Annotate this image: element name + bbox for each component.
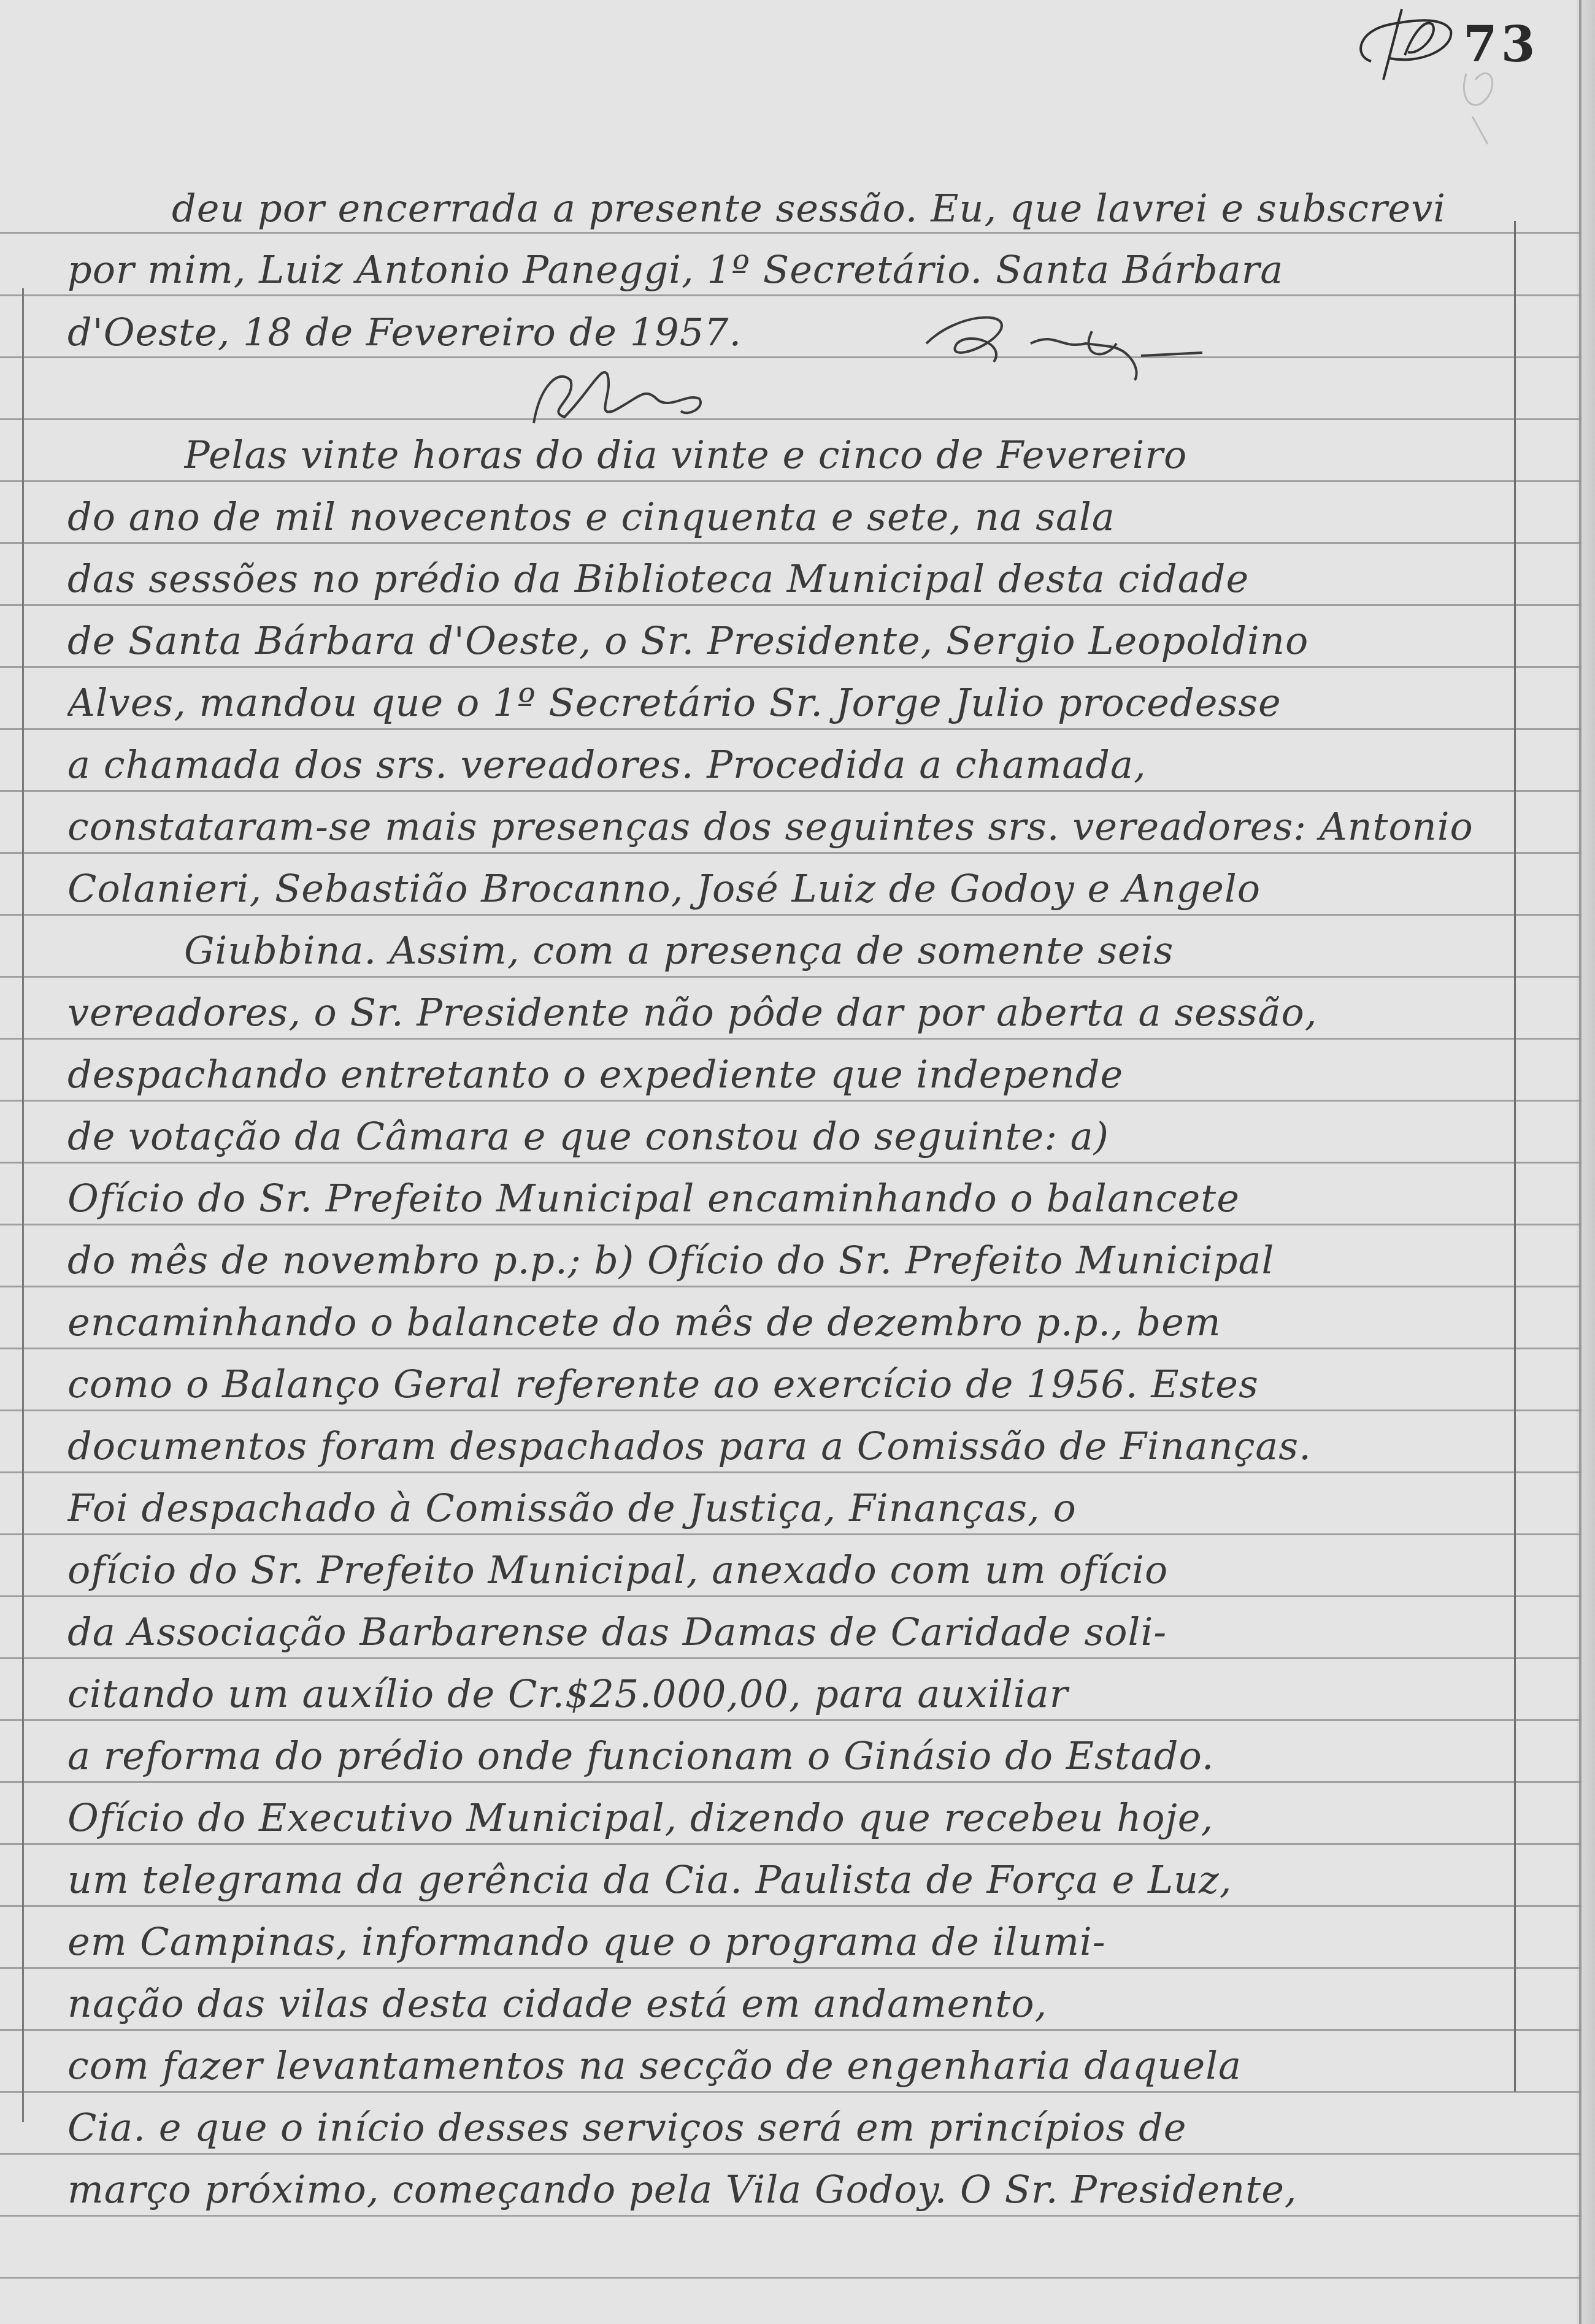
faint-pencil-mark-icon — [1454, 67, 1503, 147]
minutes-line: Ofício do Sr. Prefeito Municipal encamin… — [67, 1174, 1509, 1223]
ruled-line — [0, 976, 1582, 978]
ruled-line — [0, 1348, 1582, 1349]
ruled-line — [0, 1409, 1582, 1411]
ruled-line — [0, 1843, 1582, 1845]
ruled-line — [0, 1224, 1582, 1225]
ruled-line — [0, 1162, 1582, 1164]
folio-number: 73 — [1463, 15, 1539, 73]
minutes-line: como o Balanço Geral referente ao exercí… — [67, 1360, 1509, 1409]
ruled-line — [0, 1100, 1582, 1102]
ruled-line — [0, 1038, 1582, 1040]
ruled-line — [0, 728, 1582, 730]
ruled-line — [0, 852, 1582, 854]
ruled-line — [0, 1967, 1582, 1969]
minutes-line: Pelas vinte horas do dia vinte e cinco d… — [184, 431, 1509, 480]
minutes-line: citando um auxílio de Cr.$25.000,00, par… — [67, 1670, 1509, 1719]
minutes-line: vereadores, o Sr. Presidente não pôde da… — [67, 988, 1509, 1037]
minutes-line: Cia. e que o início desses serviços será… — [67, 2103, 1509, 2152]
ruled-line — [0, 1719, 1582, 1721]
minutes-line: março próximo, começando pela Vila Godoy… — [67, 2165, 1509, 2214]
ruled-line — [0, 294, 1582, 296]
minutes-line: um telegrama da gerência da Cia. Paulist… — [67, 1855, 1509, 1904]
ruled-line — [0, 790, 1582, 792]
ruled-line — [0, 2215, 1582, 2217]
minutes-line: com fazer levantamentos na secção de eng… — [67, 2041, 1509, 2090]
minutes-line: Foi despachado à Comissão de Justiça, Fi… — [67, 1484, 1509, 1533]
minutes-line: do mês de novembro p.p.; b) Ofício do Sr… — [67, 1236, 1509, 1285]
minutes-line: constataram-se mais presenças dos seguin… — [67, 802, 1509, 851]
rubric-initials-icon — [1347, 6, 1457, 86]
minutes-line: do ano de mil novecentos e cinquenta e s… — [67, 493, 1509, 542]
signature-alves — [521, 362, 724, 429]
right-margin-line — [1514, 221, 1516, 2092]
ruled-line — [0, 604, 1582, 606]
minutes-line: nação das vilas desta cidade está em and… — [67, 1979, 1509, 2028]
minutes-line: de votação da Câmara e que constou do se… — [67, 1112, 1509, 1161]
ruled-line — [0, 1471, 1582, 1473]
minutes-line: Ofício do Executivo Municipal, dizendo q… — [67, 1793, 1509, 1843]
closing-line: deu por encerrada a presente sessão. Eu,… — [172, 184, 1509, 233]
ruled-line — [0, 1905, 1582, 1907]
ruled-line — [0, 1781, 1582, 1783]
signature-paneggi — [908, 307, 1251, 386]
ruled-line — [0, 1533, 1582, 1535]
minutes-line: em Campinas, informando que o programa d… — [67, 1917, 1509, 1966]
left-margin-line — [22, 288, 24, 2122]
ruled-line — [0, 2277, 1582, 2279]
minutes-line: ofício do Sr. Prefeito Municipal, anexad… — [67, 1546, 1509, 1595]
ruled-line — [0, 480, 1582, 482]
minutes-line: a reforma do prédio onde funcionam o Gin… — [67, 1731, 1509, 1781]
ruled-line — [0, 418, 1582, 420]
minutes-line: a chamada dos srs. vereadores. Procedida… — [67, 740, 1509, 789]
ruled-line — [0, 914, 1582, 916]
minutes-line: encaminhando o balancete do mês de dezem… — [67, 1298, 1509, 1347]
minutes-line: Colanieri, Sebastião Brocanno, José Luiz… — [67, 864, 1509, 913]
ruled-line — [0, 1595, 1582, 1597]
ruled-line — [0, 2153, 1582, 2155]
minutes-line: das sessões no prédio da Biblioteca Muni… — [67, 554, 1509, 604]
ruled-line — [0, 1286, 1582, 1287]
closing-line: por mim, Luiz Antonio Paneggi, 1º Secret… — [67, 245, 1509, 294]
closing-line: d'Oeste, 18 de Fevereiro de 1957. — [67, 308, 834, 357]
ledger-page: 73 deu por encerrada a presente sessão. … — [0, 0, 1595, 2324]
ruled-line — [0, 542, 1582, 544]
ruled-line — [0, 1657, 1582, 1659]
minutes-line: de Santa Bárbara d'Oeste, o Sr. Presiden… — [67, 616, 1509, 665]
ruled-line — [0, 666, 1582, 668]
ruled-line — [0, 2091, 1582, 2093]
minutes-line: Giubbina. Assim, com a presença de somen… — [184, 926, 1509, 975]
minutes-line: documentos foram despachados para a Comi… — [67, 1422, 1509, 1471]
minutes-line: despachando entretanto o expediente que … — [67, 1050, 1509, 1099]
minutes-line: da Associação Barbarense das Damas de Ca… — [67, 1608, 1509, 1657]
ruled-line — [0, 2029, 1582, 2031]
minutes-line: Alves, mandou que o 1º Secretário Sr. Jo… — [67, 678, 1509, 727]
